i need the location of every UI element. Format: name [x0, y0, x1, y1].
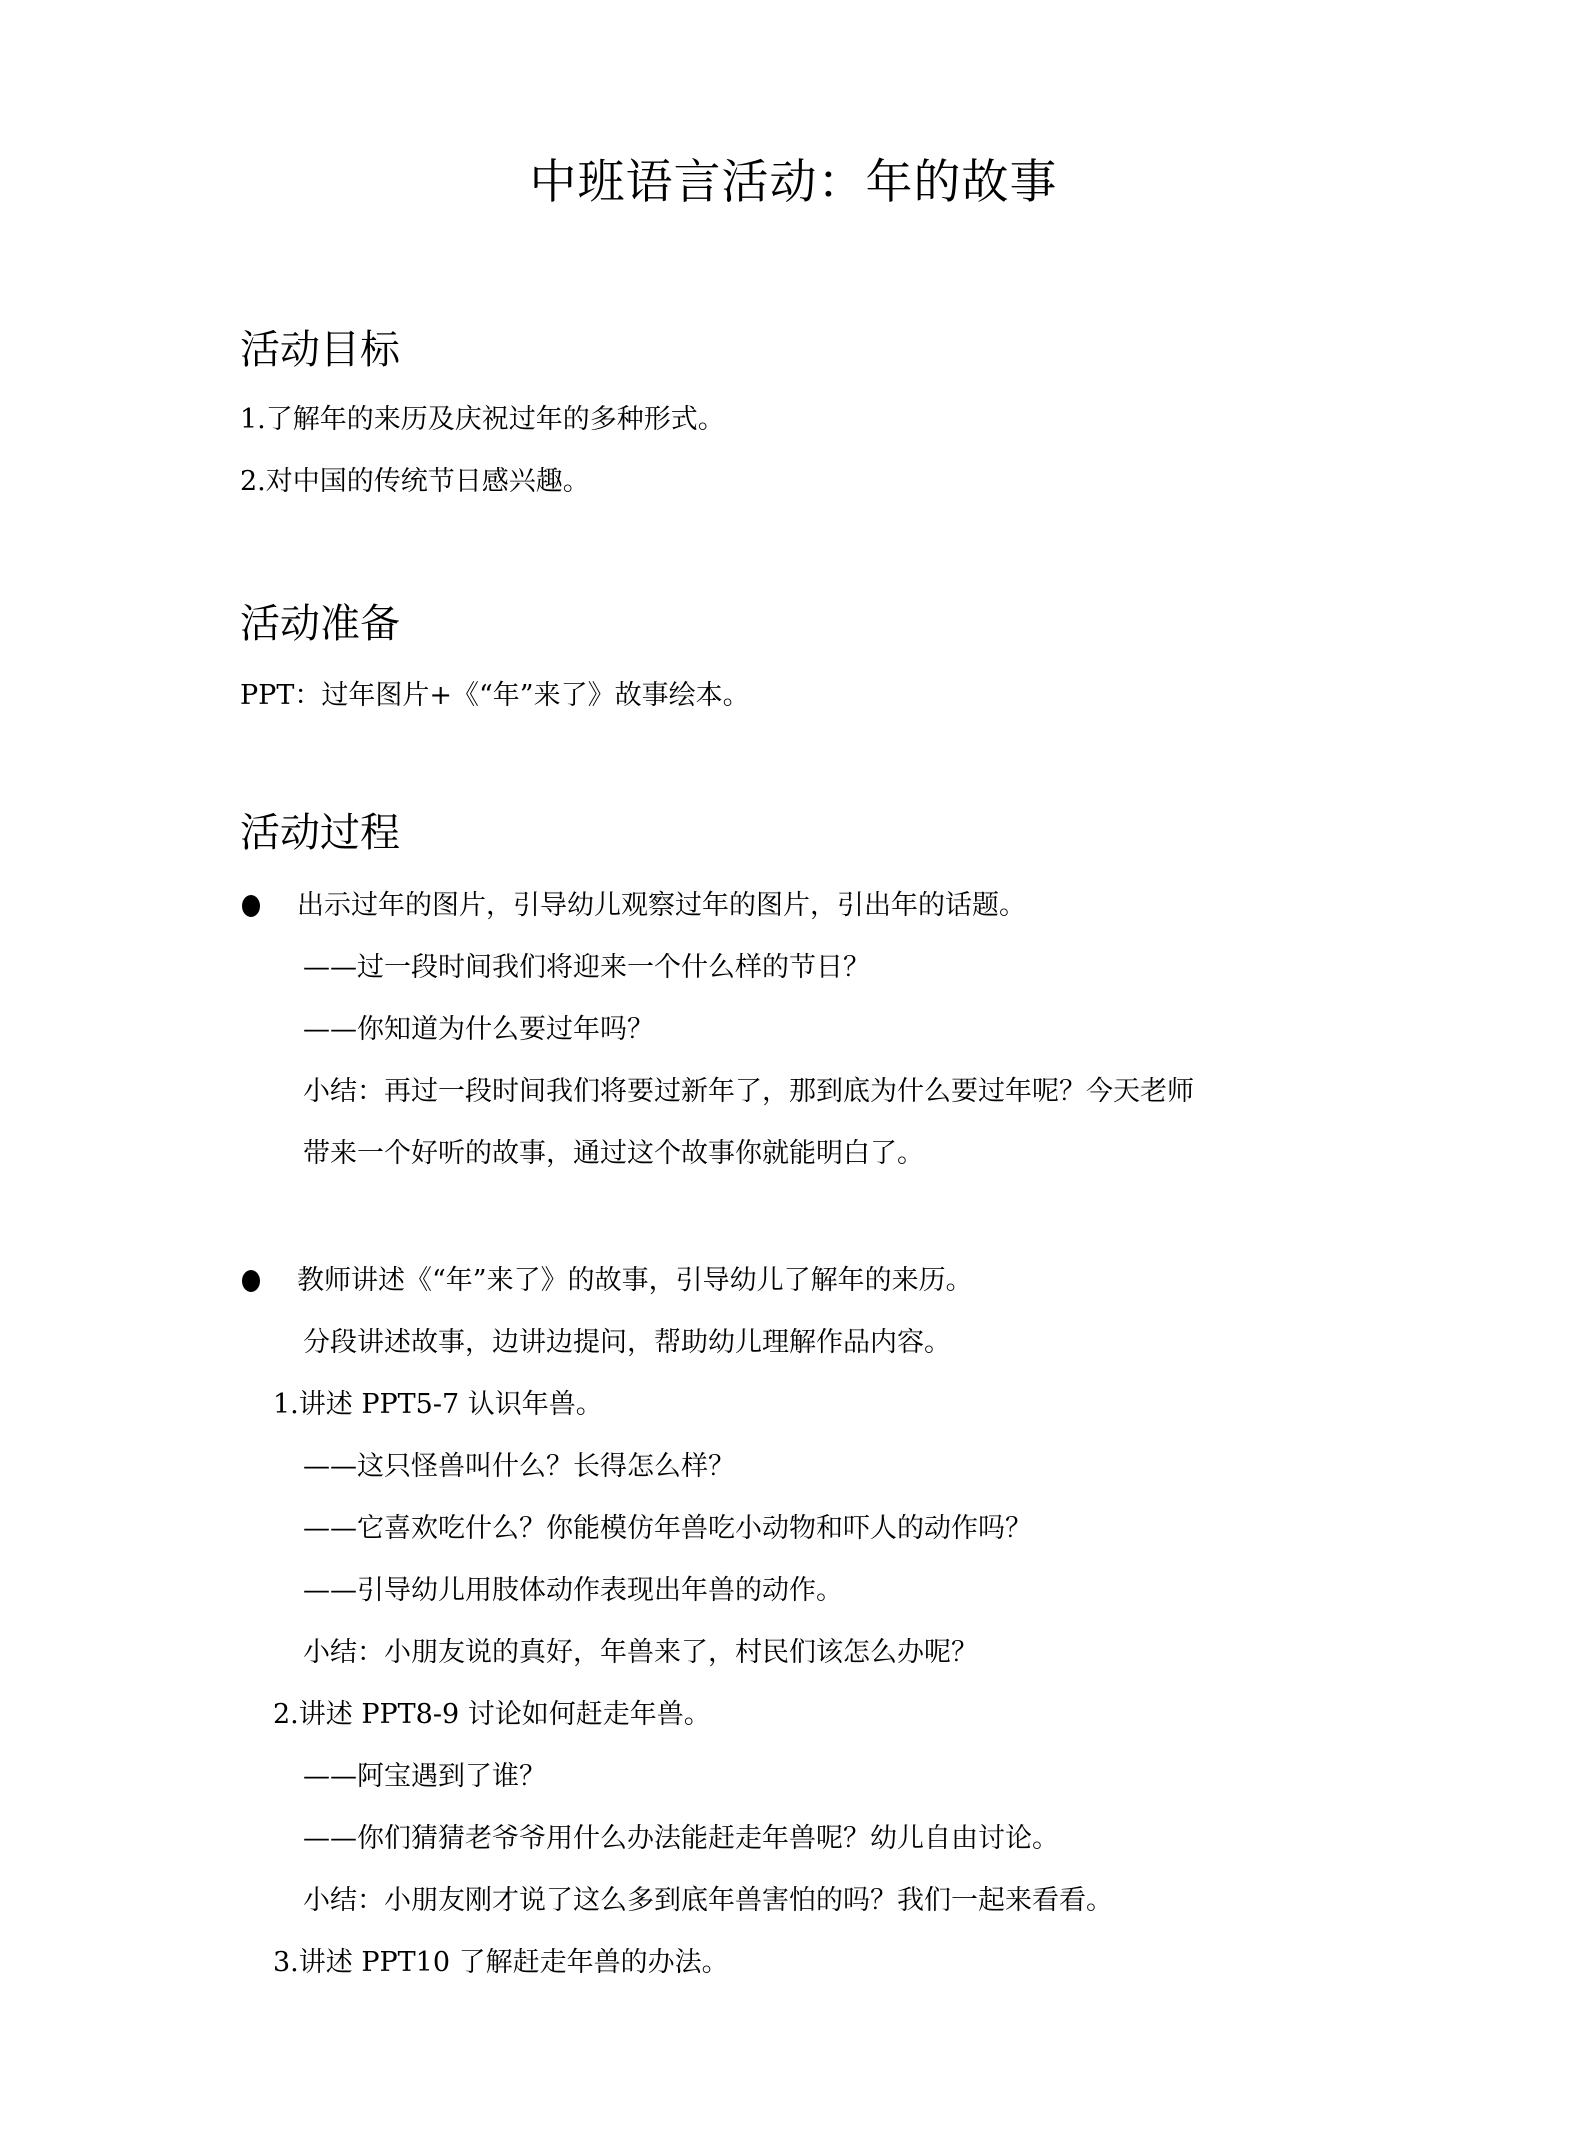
document-title: 中班语言活动：年的故事: [0, 150, 1587, 216]
question-line: ——它喜欢吃什么？你能模仿年兽吃小动物和吓人的动作吗？: [303, 1509, 1032, 1549]
section-heading-goals: 活动目标: [240, 322, 400, 378]
step-label-3: 3.讲述 PPT10 了解赶走年兽的办法。: [273, 1943, 729, 1983]
process-bullet-2: 教师讲述《“年”来了》的故事，引导幼儿了解年的来历。: [297, 1261, 973, 1301]
question-line: ——这只怪兽叫什么？长得怎么样？: [303, 1447, 735, 1487]
goal-item-2: 2.对中国的传统节日感兴趣。: [240, 462, 590, 502]
preparation-text: PPT：过年图片+《“年”来了》故事绘本。: [240, 676, 750, 716]
question-line: ——你们猜猜老爷爷用什么办法能赶走年兽呢？幼儿自由讨论。: [303, 1819, 1059, 1859]
goal-item-1: 1.了解年的来历及庆祝过年的多种形式。: [240, 400, 725, 440]
summary-line-continued: 带来一个好听的故事，通过这个故事你就能明白了。: [303, 1134, 924, 1174]
section-heading-process: 活动过程: [240, 805, 400, 861]
bullet-icon: [242, 1270, 260, 1292]
instruction-line: ——引导幼儿用肢体动作表现出年兽的动作。: [303, 1571, 843, 1611]
question-line: ——阿宝遇到了谁？: [303, 1757, 546, 1797]
question-line: ——过一段时间我们将迎来一个什么样的节日？: [303, 948, 870, 988]
document-page: 中班语言活动：年的故事 活动目标 1.了解年的来历及庆祝过年的多种形式。 2.对…: [0, 0, 1587, 2135]
process-bullet-1: 出示过年的图片，引导幼儿观察过年的图片，引出年的话题。: [297, 886, 1026, 926]
bullet-icon: [242, 895, 260, 917]
summary-line: 小结：小朋友说的真好，年兽来了，村民们该怎么办呢？: [303, 1633, 978, 1673]
summary-line: 小结：小朋友刚才说了这么多到底年兽害怕的吗？我们一起来看看。: [303, 1881, 1113, 1921]
section-heading-preparation: 活动准备: [240, 596, 400, 652]
question-line: ——你知道为什么要过年吗？: [303, 1010, 654, 1050]
step-label-2: 2.讲述 PPT8-9 讨论如何赶走年兽。: [273, 1695, 711, 1735]
process-intro: 分段讲述故事，边讲边提问，帮助幼儿理解作品内容。: [303, 1323, 951, 1363]
step-label-1: 1.讲述 PPT5-7 认识年兽。: [273, 1385, 603, 1425]
summary-line: 小结：再过一段时间我们将要过新年了，那到底为什么要过年呢？今天老师: [303, 1072, 1194, 1112]
